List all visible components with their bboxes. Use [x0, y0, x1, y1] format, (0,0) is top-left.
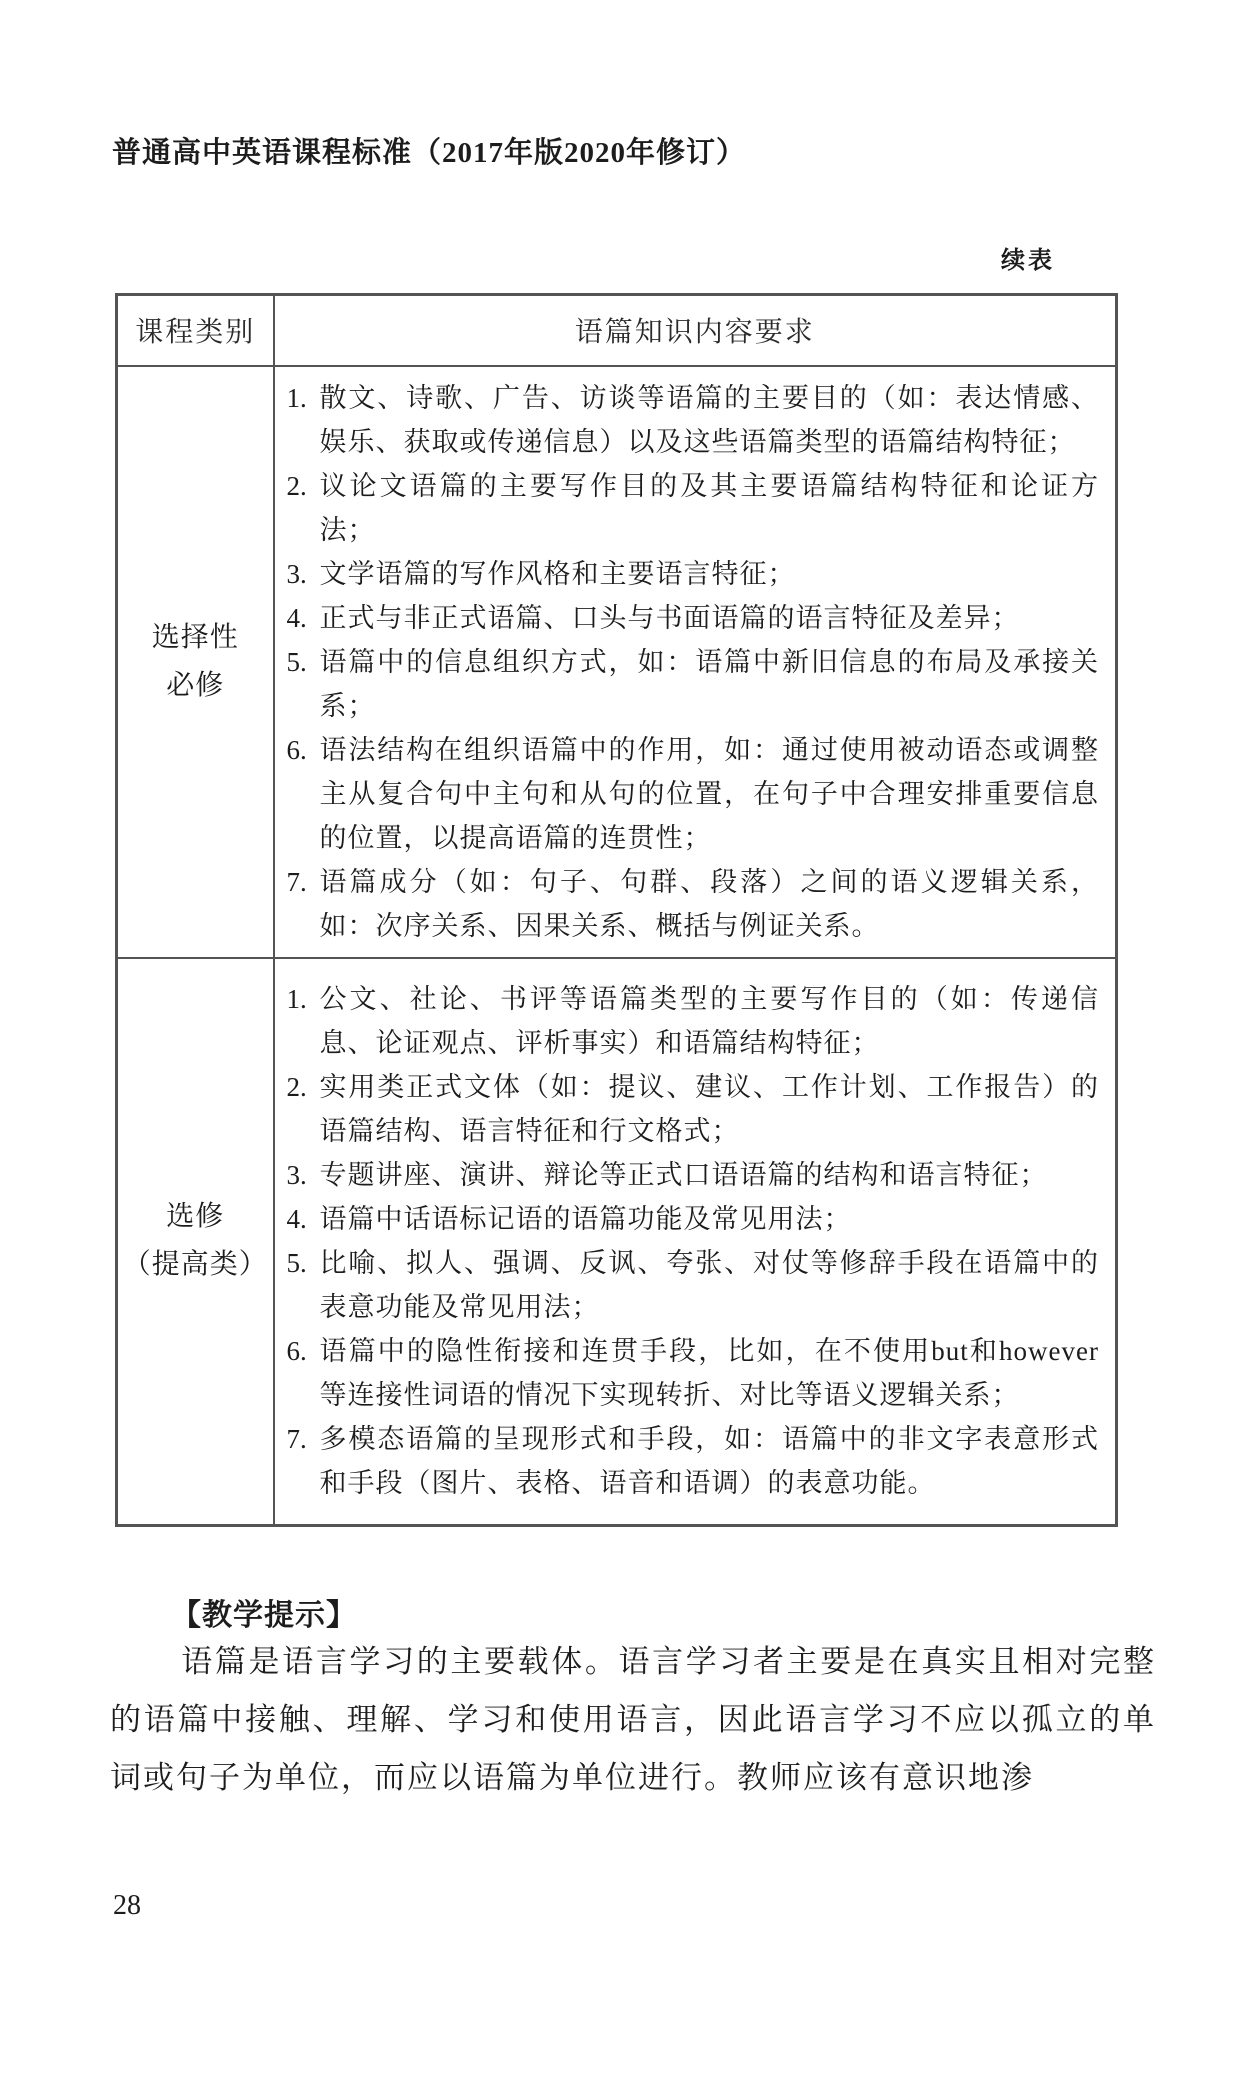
item-number: 7.: [287, 860, 313, 948]
list-item: 7. 多模态语篇的呈现形式和手段，如：语篇中的非文字表意形式和手段（图片、表格、…: [287, 1417, 1100, 1505]
list-item: 6. 语法结构在组织语篇中的作用，如：通过使用被动语态或调整主从复合句中主句和从…: [287, 728, 1100, 860]
list-item: 5. 比喻、拟人、强调、反讽、夸张、对仗等修辞手段在语篇中的表意功能及常见用法；: [287, 1241, 1100, 1329]
document-page: 普通高中英语课程标准（2017年版2020年修订） 续表 课程类别 语篇知识内容…: [0, 0, 1257, 2095]
item-text: 正式与非正式语篇、口头与书面语篇的语言特征及差异；: [320, 596, 1100, 640]
list-item: 6. 语篇中的隐性衔接和连贯手段，比如，在不使用but和however等连接性词…: [287, 1329, 1100, 1417]
item-number: 6.: [287, 1329, 313, 1417]
item-text: 语篇中话语标记语的语篇功能及常见用法；: [320, 1197, 1100, 1241]
item-text: 语法结构在组织语篇中的作用，如：通过使用被动语态或调整主从复合句中主句和从句的位…: [320, 728, 1100, 860]
list-item: 2. 议论文语篇的主要写作目的及其主要语篇结构特征和论证方法；: [287, 464, 1100, 552]
item-text: 语篇中的信息组织方式，如：语篇中新旧信息的布局及承接关系；: [320, 640, 1100, 728]
list-item: 1. 散文、诗歌、广告、访谈等语篇的主要目的（如：表达情感、娱乐、获取或传递信息…: [287, 376, 1100, 464]
list-item: 3. 文学语篇的写作风格和主要语言特征；: [287, 552, 1100, 596]
item-number: 6.: [287, 728, 313, 860]
requirements-cell: 1. 公文、社论、书评等语篇类型的主要写作目的（如：传递信息、论证观点、评析事实…: [274, 958, 1117, 1526]
item-number: 3.: [287, 552, 313, 596]
item-text: 议论文语篇的主要写作目的及其主要语篇结构特征和论证方法；: [320, 464, 1100, 552]
item-text: 散文、诗歌、广告、访谈等语篇的主要目的（如：表达情感、娱乐、获取或传递信息）以及…: [320, 376, 1100, 464]
table-row: 选修 （提高类） 1. 公文、社论、书评等语篇类型的主要写作目的（如：传递信息、…: [117, 958, 1117, 1526]
body-paragraph: 语篇是语言学习的主要载体。语言学习者主要是在真实且相对完整的语篇中接触、理解、学…: [110, 1633, 1156, 1807]
item-number: 4.: [287, 1197, 313, 1241]
item-number: 5.: [287, 640, 313, 728]
category-cell-selective-compulsory: 选择性 必修: [117, 366, 274, 958]
requirements-cell: 1. 散文、诗歌、广告、访谈等语篇的主要目的（如：表达情感、娱乐、获取或传递信息…: [274, 366, 1117, 958]
list-item: 4. 语篇中话语标记语的语篇功能及常见用法；: [287, 1197, 1100, 1241]
item-number: 2.: [287, 464, 313, 552]
list-item: 5. 语篇中的信息组织方式，如：语篇中新旧信息的布局及承接关系；: [287, 640, 1100, 728]
table-row: 选择性 必修 1. 散文、诗歌、广告、访谈等语篇的主要目的（如：表达情感、娱乐、…: [117, 366, 1117, 958]
item-text: 比喻、拟人、强调、反讽、夸张、对仗等修辞手段在语篇中的表意功能及常见用法；: [320, 1241, 1100, 1329]
category-line: （提高类）: [118, 1241, 273, 1289]
teaching-tips-heading: 【教学提示】: [171, 1590, 357, 1634]
item-number: 4.: [287, 596, 313, 640]
continued-table-label: 续表: [1001, 240, 1055, 275]
page-number: 28: [113, 1890, 141, 1922]
item-number: 2.: [287, 1065, 313, 1153]
item-number: 3.: [287, 1153, 313, 1197]
category-cell-elective-advanced: 选修 （提高类）: [117, 958, 274, 1526]
table-header-row: 课程类别 语篇知识内容要求: [117, 295, 1117, 366]
list-item: 3. 专题讲座、演讲、辩论等正式口语语篇的结构和语言特征；: [287, 1153, 1100, 1197]
item-text: 专题讲座、演讲、辩论等正式口语语篇的结构和语言特征；: [320, 1153, 1100, 1197]
item-number: 1.: [287, 376, 313, 464]
header-content-requirements: 语篇知识内容要求: [274, 295, 1117, 366]
category-line: 必修: [118, 662, 273, 710]
list-item: 1. 公文、社论、书评等语篇类型的主要写作目的（如：传递信息、论证观点、评析事实…: [287, 977, 1100, 1065]
item-text: 语篇成分（如：句子、句群、段落）之间的语义逻辑关系，如：次序关系、因果关系、概括…: [320, 860, 1100, 948]
item-text: 文学语篇的写作风格和主要语言特征；: [320, 552, 1100, 596]
list-item: 7. 语篇成分（如：句子、句群、段落）之间的语义逻辑关系，如：次序关系、因果关系…: [287, 860, 1100, 948]
category-line: 选择性: [118, 614, 273, 662]
header-course-category: 课程类别: [117, 295, 274, 366]
item-number: 5.: [287, 1241, 313, 1329]
list-item: 2. 实用类正式文体（如：提议、建议、工作计划、工作报告）的语篇结构、语言特征和…: [287, 1065, 1100, 1153]
item-text: 语篇中的隐性衔接和连贯手段，比如，在不使用but和however等连接性词语的情…: [320, 1329, 1100, 1417]
item-number: 7.: [287, 1417, 313, 1505]
category-line: 选修: [118, 1193, 273, 1241]
item-text: 公文、社论、书评等语篇类型的主要写作目的（如：传递信息、论证观点、评析事实）和语…: [320, 977, 1100, 1065]
knowledge-requirements-table: 课程类别 语篇知识内容要求 选择性 必修 1. 散文、诗歌、广告、访谈等语篇的主…: [115, 293, 1118, 1527]
item-text: 多模态语篇的呈现形式和手段，如：语篇中的非文字表意形式和手段（图片、表格、语音和…: [320, 1417, 1100, 1505]
item-text: 实用类正式文体（如：提议、建议、工作计划、工作报告）的语篇结构、语言特征和行文格…: [320, 1065, 1100, 1153]
item-number: 1.: [287, 977, 313, 1065]
list-item: 4. 正式与非正式语篇、口头与书面语篇的语言特征及差异；: [287, 596, 1100, 640]
document-title: 普通高中英语课程标准（2017年版2020年修订）: [112, 130, 746, 171]
table: 课程类别 语篇知识内容要求 选择性 必修 1. 散文、诗歌、广告、访谈等语篇的主…: [115, 293, 1118, 1527]
